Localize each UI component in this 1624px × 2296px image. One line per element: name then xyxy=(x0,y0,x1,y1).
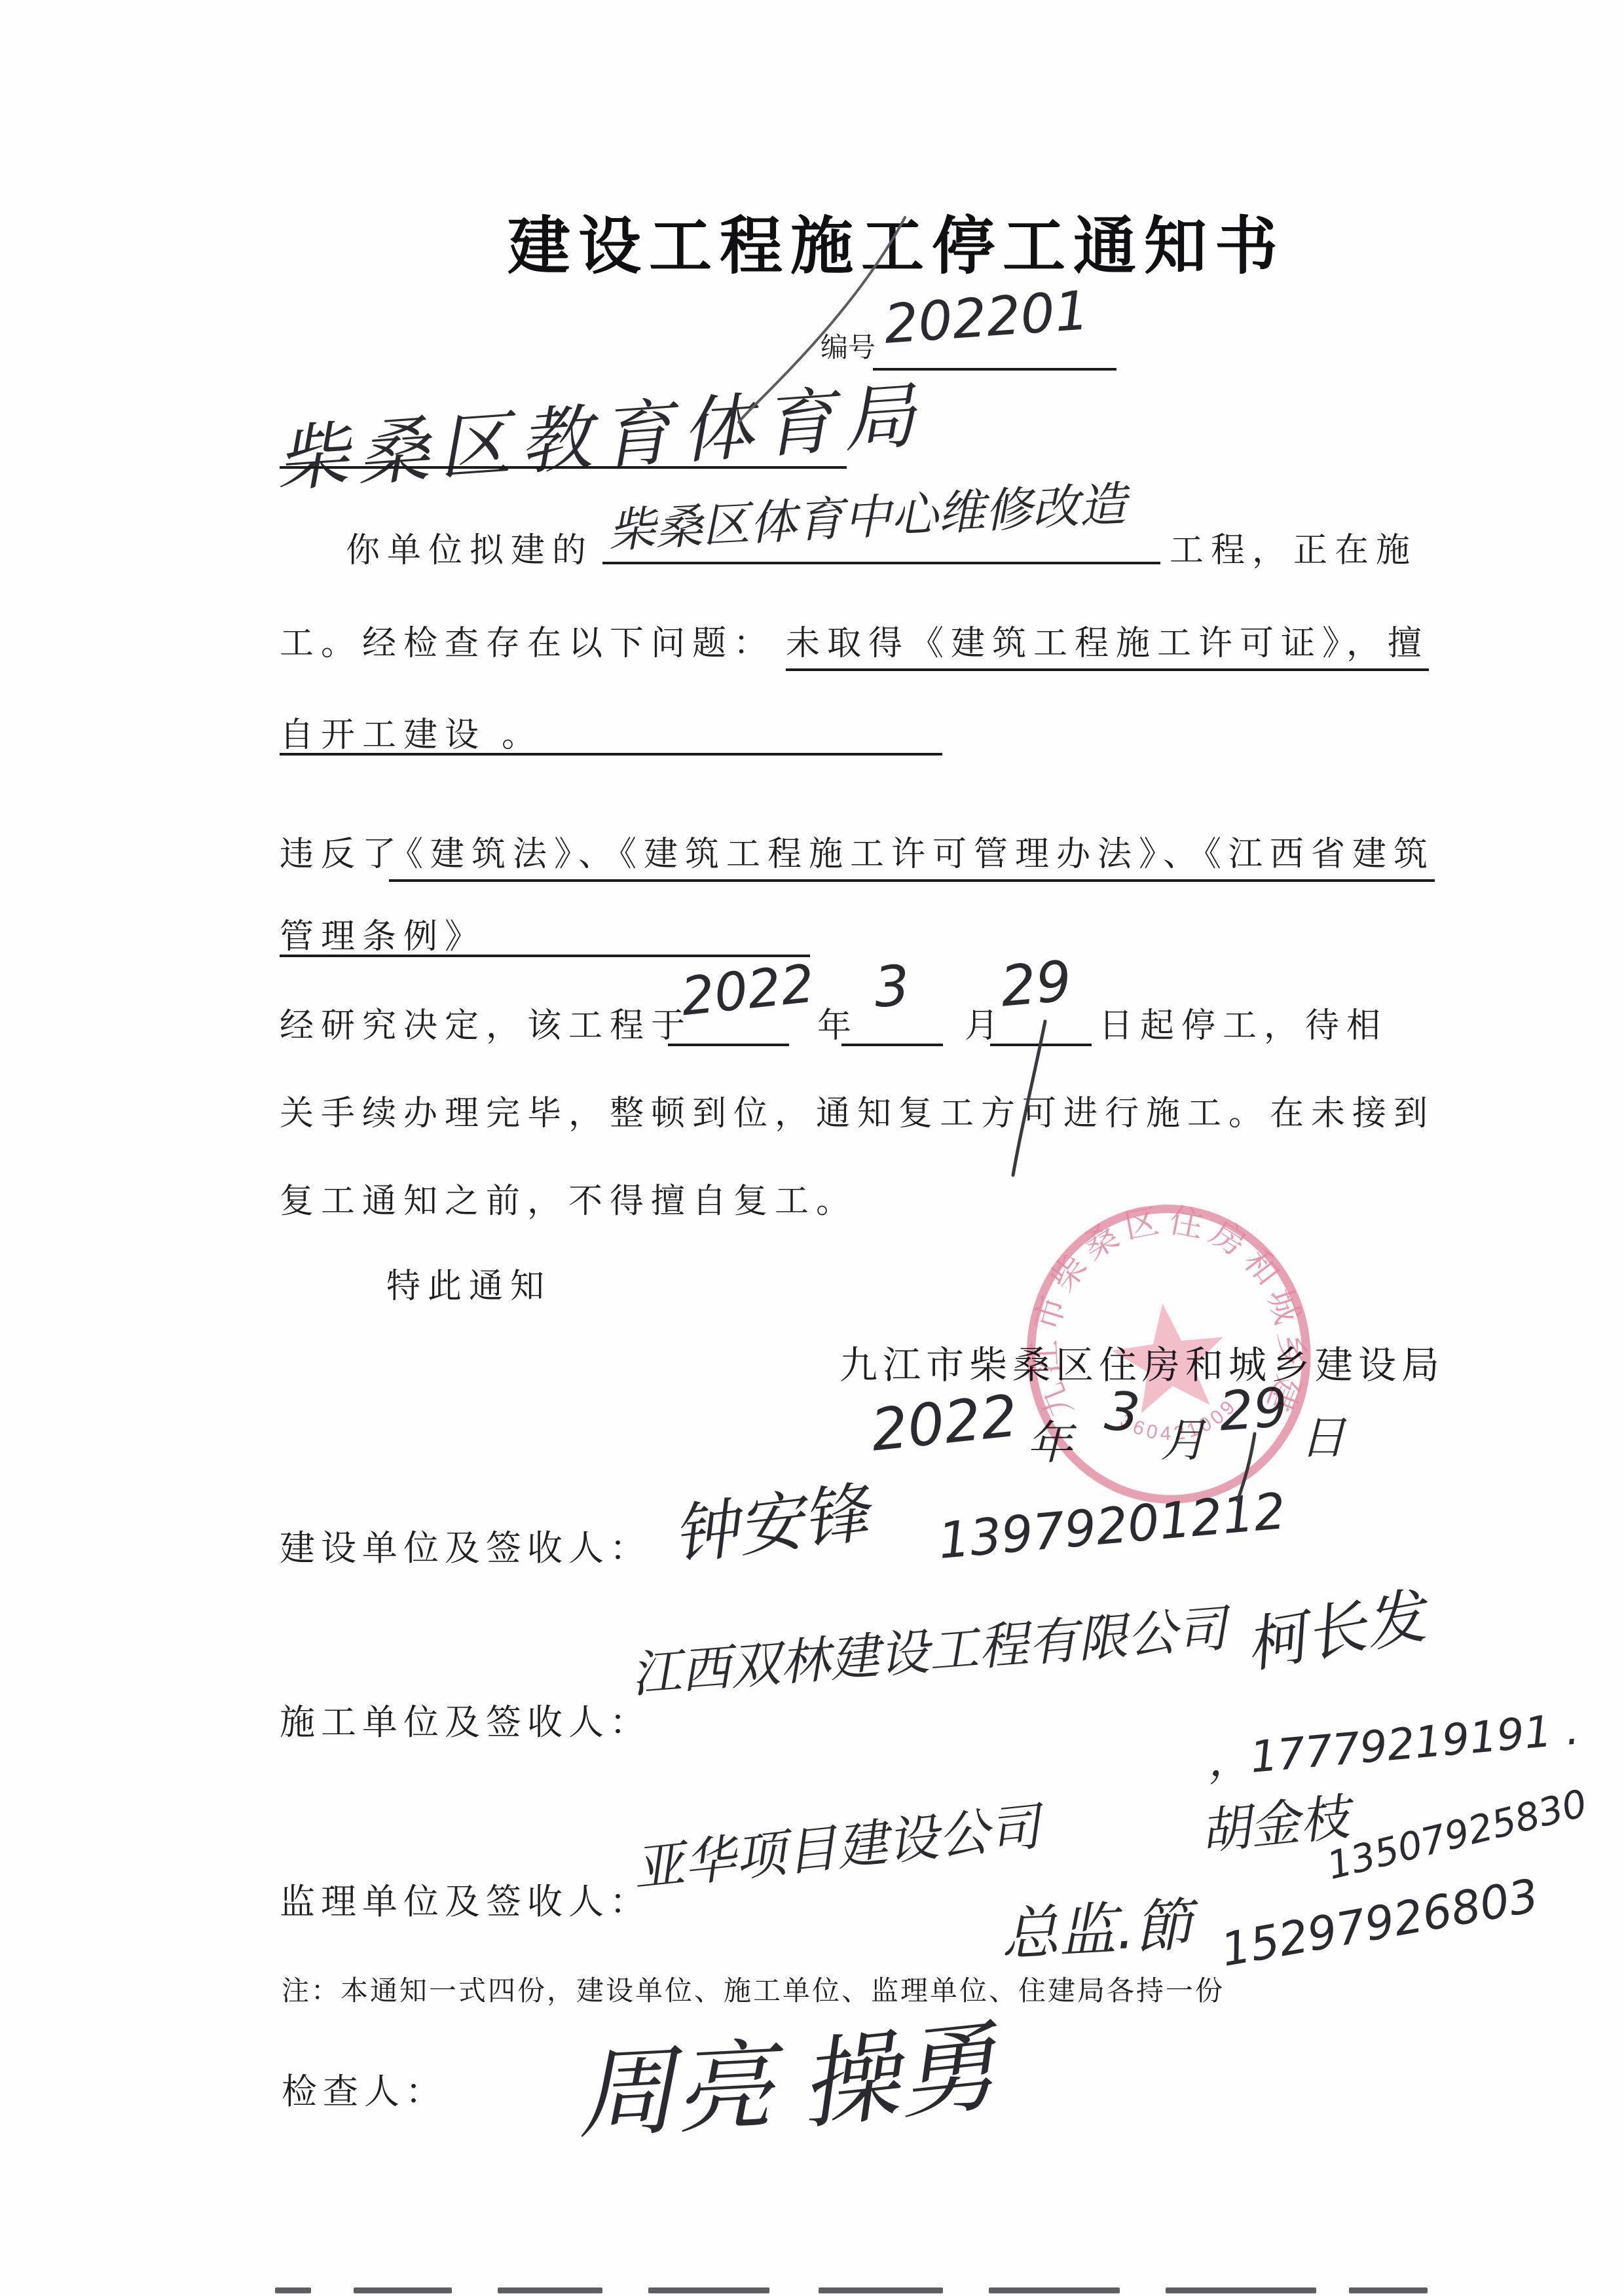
scan-cutoff-artifact xyxy=(648,2287,769,2293)
scan-cutoff-artifact xyxy=(1349,2287,1428,2293)
pen-stroke-day-descender xyxy=(1013,1021,1045,1175)
scanned-notice-page: 建设工程施工停工通知书 编号 202201 柴桑区教育体育局 你单位拟建的 柴桑… xyxy=(0,0,1624,2296)
scan-cutoff-artifact xyxy=(354,2287,452,2293)
pen-strokes-overlay xyxy=(0,0,1624,2296)
scan-cutoff-artifact xyxy=(275,2287,311,2293)
pen-stroke-date-descender xyxy=(1238,1434,1255,1501)
scan-cutoff-artifact xyxy=(1166,2287,1316,2293)
scan-cutoff-artifact xyxy=(498,2287,602,2293)
pen-stroke-through-title xyxy=(739,217,905,422)
scan-cutoff-artifact xyxy=(989,2287,1120,2293)
scan-cutoff-artifact xyxy=(819,2287,943,2293)
